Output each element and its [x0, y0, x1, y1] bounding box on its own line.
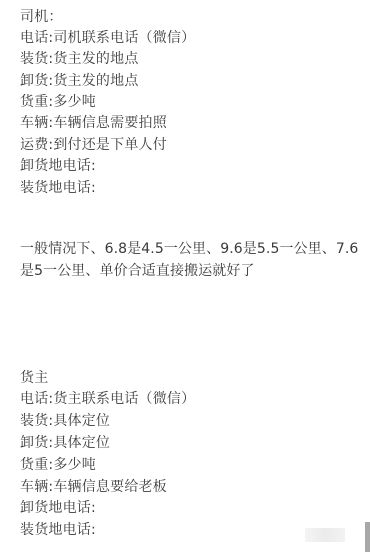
- edge-scroll-indicator: [365, 522, 370, 552]
- owner-vehicle-line: 车辆:车辆信息要给老板: [20, 477, 167, 497]
- owner-loading-line: 装货:具体定位: [20, 411, 110, 431]
- owner-unloading-phone-line: 卸货地电话:: [20, 498, 96, 518]
- blurred-watermark: [305, 528, 345, 542]
- driver-unloading-line: 卸货:货主发的地点: [20, 71, 139, 91]
- driver-vehicle-line: 车辆:车辆信息需要拍照: [20, 113, 167, 133]
- driver-loading-line: 装货:货主发的地点: [20, 49, 139, 69]
- driver-freight-line: 运费:到付还是下单人付: [20, 135, 167, 155]
- driver-loading-phone-line: 装货地电话:: [20, 178, 96, 198]
- owner-phone-line: 电话:货主联系电话（微信）: [20, 389, 195, 409]
- owner-section-title: 货主: [20, 368, 48, 388]
- owner-unloading-line: 卸货:具体定位: [20, 433, 110, 453]
- driver-phone-line: 电话:司机联系电话（微信）: [20, 28, 195, 48]
- pricing-note: 一般情况下、6.8是4.5一公里、9.6是5.5一公里、7.6是5一公里、单价合…: [20, 238, 360, 282]
- owner-loading-phone-line: 装货地电话:: [20, 520, 96, 540]
- driver-section-title: 司机：: [20, 7, 63, 27]
- owner-weight-line: 货重:多少吨: [20, 455, 96, 475]
- driver-weight-line: 货重:多少吨: [20, 92, 96, 112]
- driver-unloading-phone-line: 卸货地电话:: [20, 156, 96, 176]
